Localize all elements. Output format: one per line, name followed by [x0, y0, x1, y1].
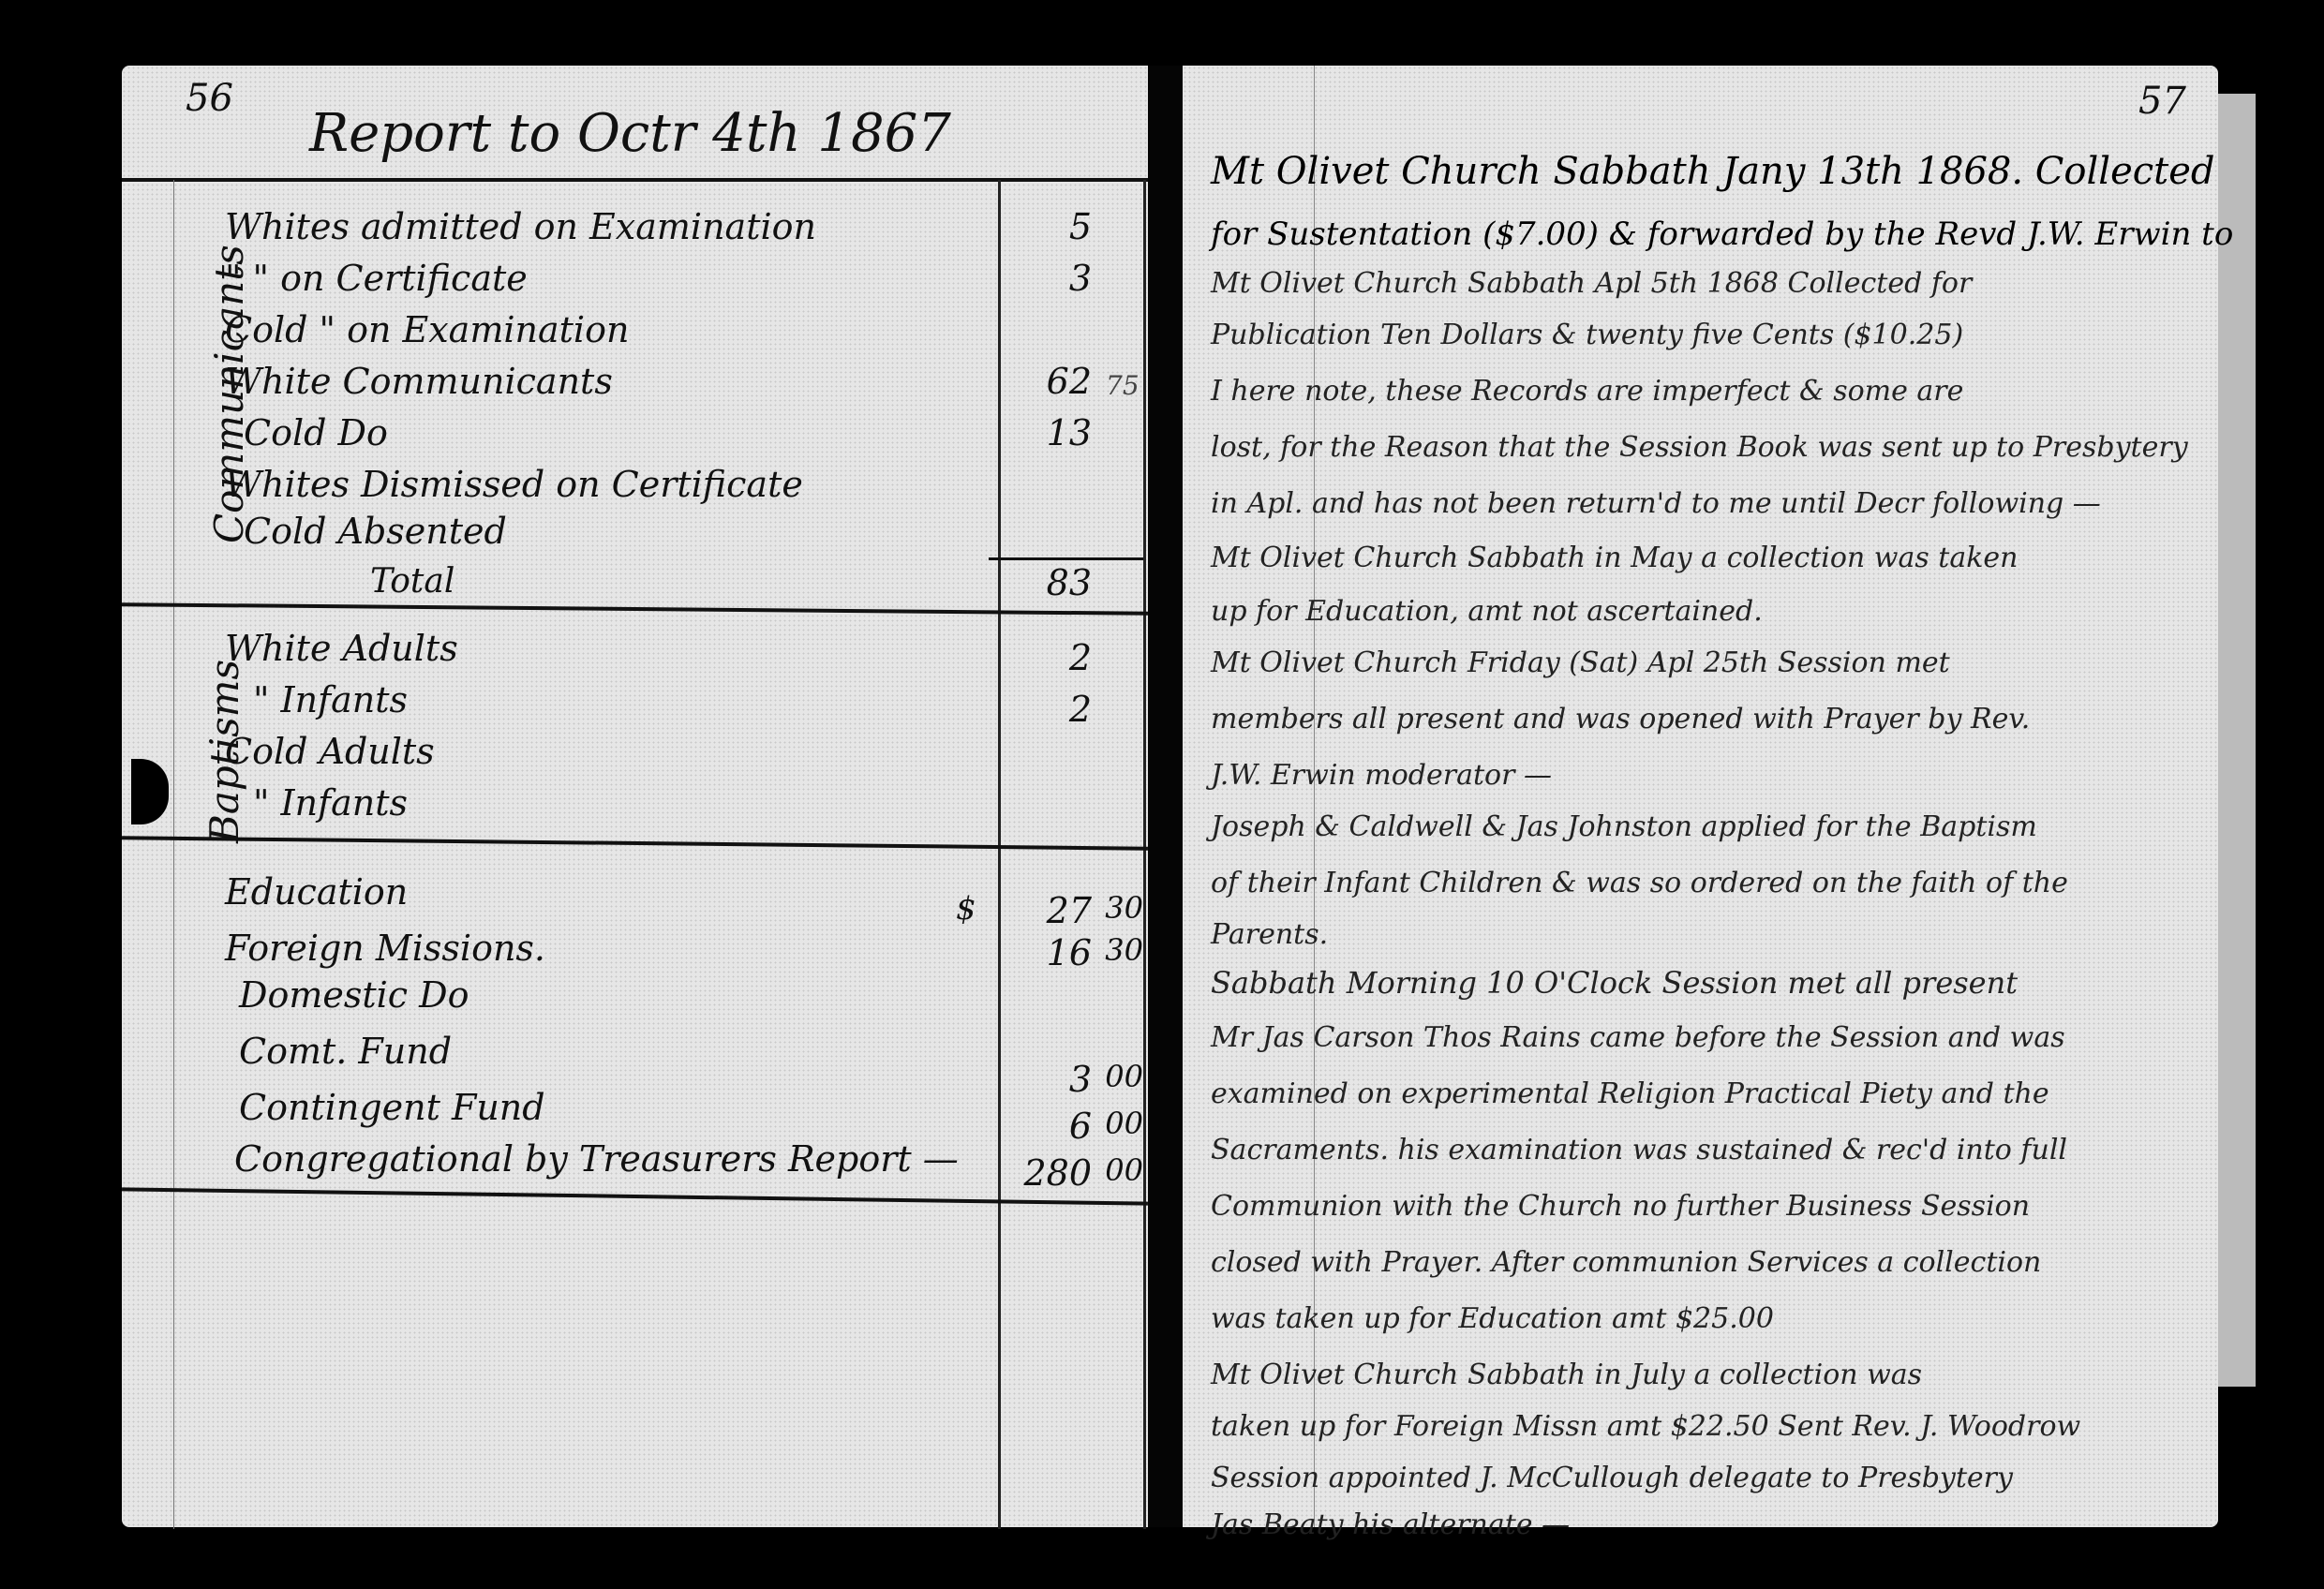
row-value: 3: [1017, 258, 1092, 299]
text-line: I here note, these Records are imperfect…: [1211, 375, 1963, 408]
column-rule-cents: [1143, 180, 1146, 1529]
right-page: 57 Mt Olivet Church Sabbath Jany 13th 18…: [1183, 66, 2218, 1527]
text-line: examined on experimental Religion Practi…: [1211, 1077, 2049, 1110]
row-label: Whites Dismissed on Certificate: [225, 464, 803, 505]
row-value: 2: [1017, 689, 1092, 730]
row-value: 5: [1017, 206, 1092, 247]
book-gutter: [1148, 66, 1183, 1527]
text-line: Sacraments. his examination was sustaine…: [1211, 1134, 2067, 1166]
text-line: members all present and was opened with …: [1211, 703, 2030, 735]
row-cents: 00: [1096, 1106, 1143, 1141]
text-line: in Apl. and has not been return'd to me …: [1211, 487, 2101, 520]
total-rule: [989, 557, 1143, 560]
margin-mark: 75: [1106, 370, 1140, 401]
row-label: Foreign Missions.: [225, 928, 545, 969]
section-rule: [122, 836, 1148, 850]
text-line: Joseph & Caldwell & Jas Johnston applied…: [1211, 810, 2037, 843]
row-dollars: 6: [1017, 1106, 1092, 1147]
text-line: closed with Prayer. After communion Serv…: [1211, 1246, 2041, 1279]
row-dollars: 16: [1017, 932, 1092, 973]
page-number-left: 56: [186, 77, 233, 120]
row-label: Cold Absented: [244, 511, 507, 552]
text-line: of their Infant Children & was so ordere…: [1211, 867, 2068, 899]
text-line: Session appointed J. McCullough delegate…: [1211, 1462, 2013, 1494]
text-line: taken up for Foreign Missn amt $22.50 Se…: [1211, 1410, 2080, 1443]
row-dollars: 27: [1017, 890, 1092, 931]
total-label: Total: [370, 562, 454, 601]
text-line: Mt Olivet Church Sabbath Apl 5th 1868 Co…: [1211, 267, 1972, 300]
left-page: 56 Report to Octr 4th 1867 Communicants …: [122, 66, 1148, 1527]
text-line: Mr Jas Carson Thos Rains came before the…: [1211, 1021, 2065, 1054]
row-dollars: 3: [1017, 1059, 1092, 1100]
text-line: Parents.: [1211, 918, 1328, 951]
page-number-right: 57: [2138, 80, 2186, 123]
row-cents: 30: [1096, 932, 1143, 968]
row-cents: 00: [1096, 1152, 1143, 1188]
row-label: " " on Certificate: [225, 258, 528, 299]
text-line: Sabbath Morning 10 O'Clock Session met a…: [1211, 965, 2018, 1001]
row-label: Cold " on Examination: [225, 309, 629, 350]
text-line: up for Education, amt not ascertained.: [1211, 595, 1763, 628]
row-label: Congregational by Treasurers Report —: [234, 1138, 959, 1180]
text-line: lost, for the Reason that the Session Bo…: [1211, 431, 2188, 464]
text-line: Jas Beaty his alternate —: [1211, 1508, 1570, 1541]
text-line: J.W. Erwin moderator —: [1211, 759, 1552, 792]
column-rule-dollars: [998, 180, 1001, 1529]
row-label: Domestic Do: [239, 974, 469, 1016]
margin-rule: [173, 180, 174, 1529]
header-rule: [122, 178, 1148, 182]
row-label: " Infants: [253, 679, 408, 720]
row-value: 62: [1017, 361, 1092, 402]
row-cents: 30: [1096, 890, 1143, 926]
row-label: " Infants: [253, 782, 408, 824]
row-label: Contingent Fund: [239, 1087, 545, 1128]
text-line: Publication Ten Dollars & twenty five Ce…: [1211, 319, 1963, 351]
text-line: Mt Olivet Church Sabbath in May a collec…: [1211, 542, 2018, 574]
row-label: White Communicants: [225, 361, 613, 402]
row-cents: 00: [1096, 1059, 1143, 1094]
row-label: Cold Do: [244, 412, 388, 453]
text-line: Mt Olivet Church Sabbath Jany 13th 1868.…: [1211, 150, 2215, 193]
currency-symbol: $: [956, 890, 976, 928]
section-rule: [122, 602, 1148, 616]
row-label: Whites admitted on Examination: [225, 206, 816, 247]
total-value: 83: [1017, 562, 1092, 603]
row-label: Cold Adults: [225, 731, 435, 772]
page-edge: [2218, 94, 2256, 1387]
row-label: Education: [225, 871, 408, 913]
row-label: Comt. Fund: [239, 1031, 452, 1072]
page-title: Report to Octr 4th 1867: [309, 103, 951, 164]
text-line: Communion with the Church no further Bus…: [1211, 1190, 2030, 1223]
text-line: Mt Olivet Church Friday (Sat) Apl 25th S…: [1211, 646, 1950, 679]
text-line: for Sustentation ($7.00) & forwarded by …: [1211, 215, 2233, 253]
text-line: Mt Olivet Church Sabbath in July a colle…: [1211, 1359, 1922, 1391]
row-value: 13: [1017, 412, 1092, 453]
row-value: 2: [1017, 637, 1092, 678]
text-line: was taken up for Education amt $25.00: [1211, 1302, 1774, 1335]
row-dollars: 280: [979, 1152, 1092, 1194]
row-label: White Adults: [225, 628, 458, 669]
